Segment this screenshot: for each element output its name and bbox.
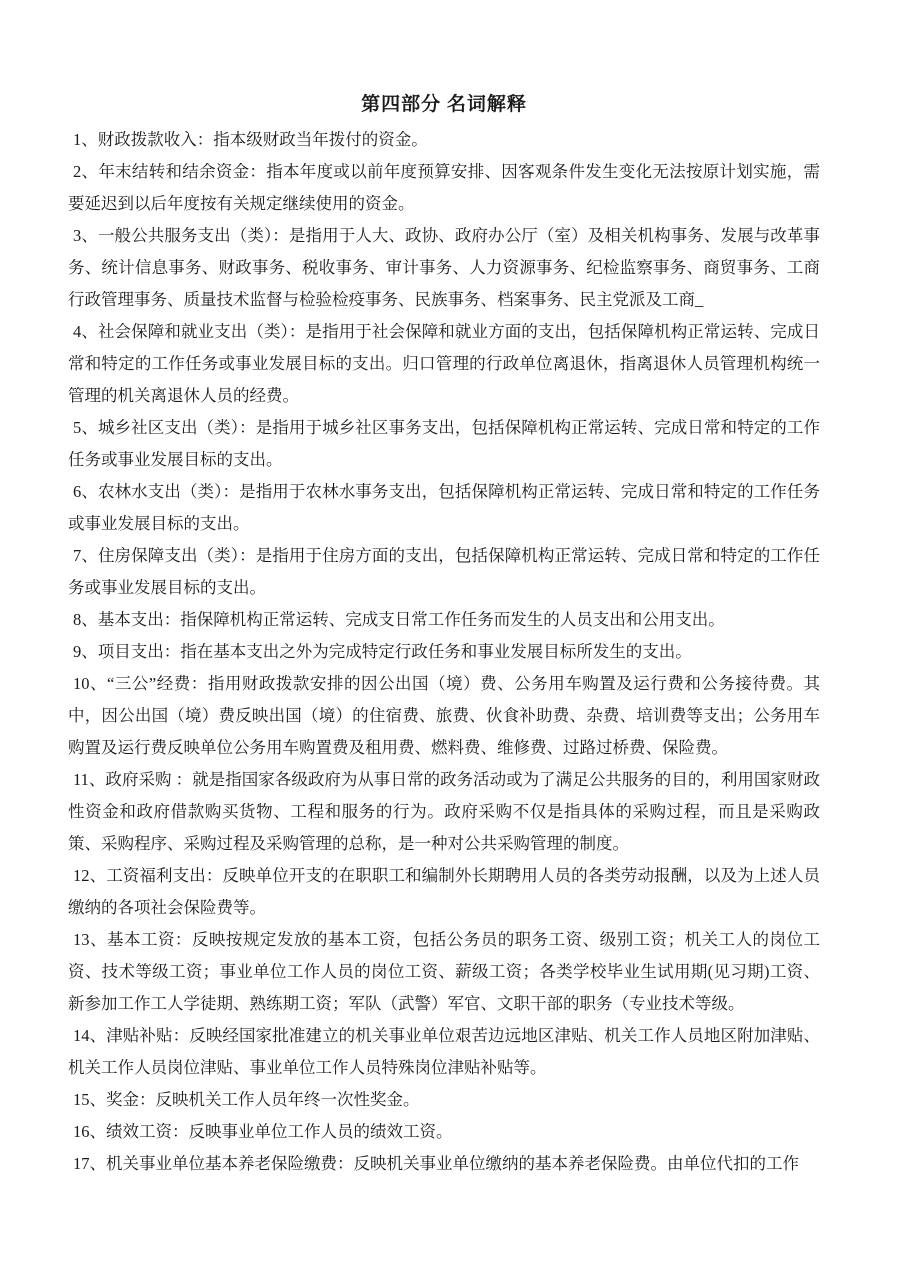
definition-item-11: 11、政府采购 ：就是指国家各级政府为从事日常的政务活动或为了满足公共服务的目的… <box>68 764 820 860</box>
definition-item-9: 9、项目支出：指在基本支出之外为完成特定行政任务和事业发展目标所发生的支出。 <box>68 636 820 668</box>
definition-item-10: 10、“三公”经费：指用财政拨款安排的因公出国（境）费、公务用车购置及运行费和公… <box>68 668 820 764</box>
definition-item-16: 16、绩效工资：反映事业单位工作人员的绩效工资。 <box>68 1116 820 1148</box>
definition-item-15: 15、奖金：反映机关工作人员年终一次性奖金。 <box>68 1084 820 1116</box>
definition-item-1: 1、财政拨款收入：指本级财政当年拨付的资金。 <box>68 124 820 156</box>
definition-item-4: 4、社会保障和就业支出（类）：是指用于社会保障和就业方面的支出，包括保障机构正常… <box>68 316 820 412</box>
definition-item-12: 12、工资福利支出：反映单位开支的在职职工和编制外长期聘用人员的各类劳动报酬，以… <box>68 860 820 924</box>
definition-item-2: 2、年末结转和结余资金：指本年度或以前年度预算安排、因客观条件发生变化无法按原计… <box>68 156 820 220</box>
section-title: 第四部分 名词解释 <box>68 92 820 118</box>
definition-item-3: 3、一般公共服务支出（类）：是指用于人大、政协、政府办公厅（室）及相关机构事务、… <box>68 220 820 316</box>
definition-item-8: 8、基本支出：指保障机构正常运转、完成支日常工作任务而发生的人员支出和公用支出。 <box>68 604 820 636</box>
definition-item-14: 14、津贴补贴：反映经国家批准建立的机关事业单位艰苦边远地区津贴、机关工作人员地… <box>68 1020 820 1084</box>
definition-item-17: 17、机关事业单位基本养老保险缴费：反映机关事业单位缴纳的基本养老保险费。由单位… <box>68 1148 820 1180</box>
definition-item-6: 6、农林水支出（类）：是指用于农林水事务支出，包括保障机构正常运转、完成日常和特… <box>68 476 820 540</box>
definition-item-5: 5、城乡社区支出（类）：是指用于城乡社区事务支出，包括保障机构正常运转、完成日常… <box>68 412 820 476</box>
definition-item-13: 13、基本工资：反映按规定发放的基本工资，包括公务员的职务工资、级别工资；机关工… <box>68 924 820 1020</box>
definition-item-7: 7、住房保障支出（类）：是指用于住房方面的支出，包括保障机构正常运转、完成日常和… <box>68 540 820 604</box>
document-page: 第四部分 名词解释 1、财政拨款收入：指本级财政当年拨付的资金。 2、年末结转和… <box>0 0 898 1269</box>
